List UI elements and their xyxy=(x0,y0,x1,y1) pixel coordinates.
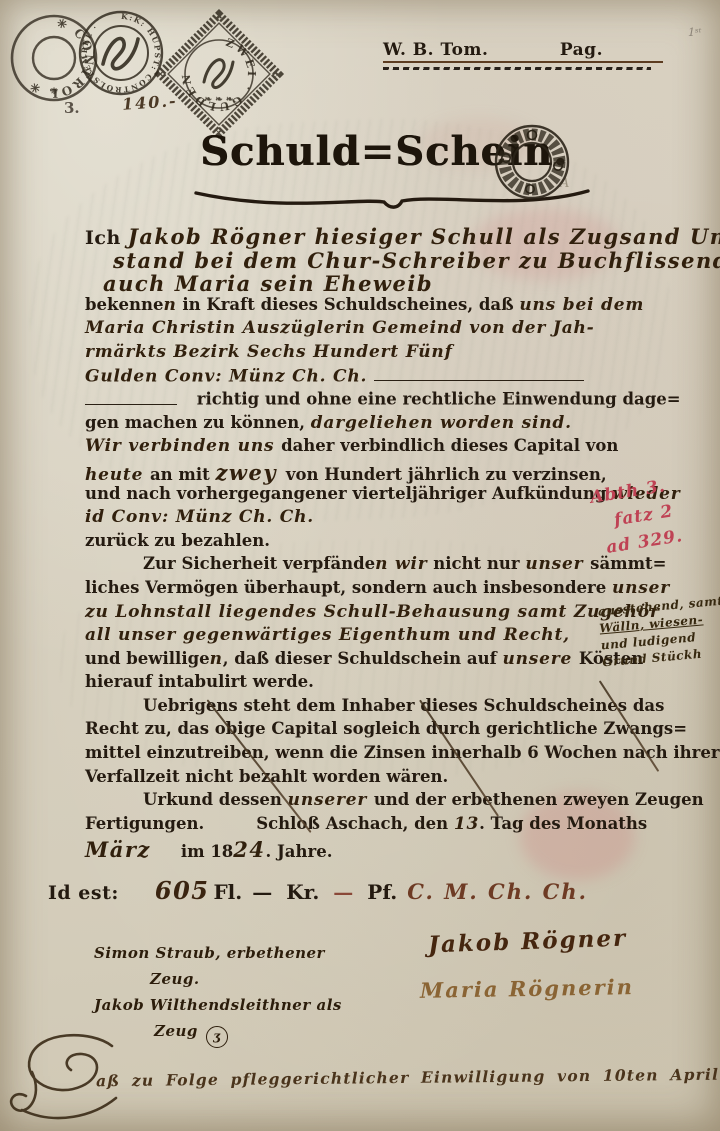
printed-text: zurück zu bezahlen. xyxy=(85,531,270,550)
body-line: all unser gegenwärtiges Eigenthum und Re… xyxy=(85,625,645,649)
body-line: Recht zu, das obige Capital sogleich dur… xyxy=(85,719,645,743)
debtor-signature: Jakob Rögner xyxy=(428,925,628,959)
handwritten-text: C. M. Ch. Ch. xyxy=(407,879,588,904)
handwritten-text: Jakob Rögner hiesiger Schull als Zugsand… xyxy=(128,224,720,249)
body-line: liches Vermögen überhaupt, sondern auch … xyxy=(85,578,645,602)
footer-text: aß zu Folge pfleggerichtlicher Einwillig… xyxy=(96,1064,720,1091)
printed-text: und der erbethenen zweyen Zeugen xyxy=(374,790,704,809)
spacer xyxy=(204,828,256,829)
handwritten-text: id Conv: Münz Ch. Ch. xyxy=(85,507,314,527)
duty-stamp-paraph xyxy=(204,60,233,88)
printed-text: liches Vermögen überhaupt, sondern auch … xyxy=(85,578,612,597)
spacer xyxy=(119,898,155,899)
witness-line: Simon Straub, erbethener xyxy=(94,940,342,966)
spacer xyxy=(85,290,103,291)
margin-annotation: ausstehend, samtWälln, wiesen-und ludige… xyxy=(597,593,720,672)
body-line: auch Maria sein Eheweib xyxy=(85,271,645,295)
handwritten-text: unser xyxy=(525,554,590,574)
printed-text: Fertigungen. xyxy=(85,814,204,833)
register-header: W. B. Tom. Pag. xyxy=(383,40,663,70)
witness-line: Jakob Wilthendsleithner als xyxy=(94,992,342,1018)
spacer xyxy=(177,404,191,405)
printed-text: an mit xyxy=(150,465,216,484)
printed-text: gen machen zu können, xyxy=(85,413,311,432)
handwritten-text: rmärkts Bezirk Sechs Hundert Fünf xyxy=(85,342,453,362)
printed-text: und bewillige xyxy=(85,649,210,668)
body-line: id Conv: Münz Ch. Ch. xyxy=(85,507,645,531)
body-line: bekennen in Kraft dieses Schuldscheines,… xyxy=(85,295,645,319)
handwritten-text: auch Maria sein Eheweib xyxy=(103,271,433,296)
handwritten-text: n xyxy=(210,649,223,669)
blank-rule xyxy=(374,366,584,381)
handwritten-text: n xyxy=(163,295,176,315)
spacer xyxy=(272,898,286,899)
body-line: stand bei dem Chur-Schreiber zu Buchflis… xyxy=(85,248,645,272)
printed-text: nicht nur xyxy=(428,554,526,573)
handwritten-text: heute xyxy=(85,465,150,485)
printed-text: hierauf intabulirt werde. xyxy=(85,672,314,691)
control-stamp-ornament: ❈ xyxy=(50,87,58,97)
docket-amount: 140.- xyxy=(121,91,178,114)
body-line: Zur Sicherheit verpfänden wir nicht nur … xyxy=(85,554,645,578)
ornamental-wreath-icon xyxy=(492,122,572,202)
body-line: Gulden Conv: Münz Ch. Ch. xyxy=(85,366,645,390)
printed-text: mittel einzutreiben, wenn die Zinsen inn… xyxy=(85,743,720,762)
red-registry-note: Abth 3.fatz 2ad 329. xyxy=(588,472,684,562)
handwritten-text: 13 xyxy=(454,814,479,834)
printed-text: . Tag des Monaths xyxy=(479,814,647,833)
printed-text: Kr. xyxy=(286,880,319,904)
printed-text: , daß dieser Schuldschein auf xyxy=(223,649,503,668)
printed-text: — xyxy=(252,880,272,904)
printed-text: Id est: xyxy=(48,882,119,904)
spacer xyxy=(151,856,181,857)
registry-confirmation-line: aß zu Folge pfleggerichtlicher Einwillig… xyxy=(96,1065,710,1090)
printed-text: Fl. xyxy=(213,880,242,904)
body-line: Urkund dessen unserer und der erbethenen… xyxy=(85,790,645,814)
spacer xyxy=(397,898,407,899)
handwritten-text: unserer xyxy=(288,790,374,810)
body-line: und bewilligen, daß dieser Schuldschein … xyxy=(85,649,645,673)
handwritten-text: dargeliehen worden sind. xyxy=(311,413,572,433)
printed-text: Recht zu, das obige Capital sogleich dur… xyxy=(85,719,687,738)
body-line: und nach vorhergegangener vierteljährige… xyxy=(85,484,645,508)
printed-text: und nach vorhergegangener vierteljährige… xyxy=(85,484,612,503)
body-line: Maria Christin Auszüglerin Gemeind von d… xyxy=(85,318,645,342)
body-line: gen machen zu können, dargeliehen worden… xyxy=(85,413,645,437)
body-line: zu Lohnstall liegendes Schull-Behausung … xyxy=(85,602,645,626)
printed-text: in Kraft dieses Schuldscheines, daß xyxy=(177,295,520,314)
body-line: Märzim 1824. Jahre. xyxy=(85,837,645,861)
document-page: ✳ CONTROL ✳ ❈ K:K: HUPST: CONTROLSTEMPEL… xyxy=(0,0,720,1131)
handwritten-text: stand bei dem Chur-Schreiber zu Buchflis… xyxy=(113,248,720,273)
dashed-rule xyxy=(383,67,651,70)
witness-paraph-seal: ʒ xyxy=(206,1026,228,1048)
handwritten-text: zu Lohnstall liegendes Schull-Behausung … xyxy=(85,602,660,622)
printed-text: Ich xyxy=(85,227,128,249)
printed-text: von Hundert jährlich zu verzinsen, xyxy=(286,465,607,484)
body-line: Wir verbinden uns daher verbindlich dies… xyxy=(85,436,645,460)
body-line: Uebrigens steht dem Inhaber dieses Schul… xyxy=(85,696,645,720)
body-line: richtig und ohne eine rechtliche Einwend… xyxy=(85,389,645,413)
printed-text: Schloß Aschach, den xyxy=(256,814,454,833)
body-line: Verfallzeit nicht bezahlt worden wären. xyxy=(85,767,645,791)
blank-rule xyxy=(85,389,177,404)
kk-stamp-paraph xyxy=(103,39,138,69)
body-line: mittel einzutreiben, wenn die Zinsen inn… xyxy=(85,743,645,767)
handwritten-text: Gulden Conv: Münz Ch. Ch. xyxy=(85,366,374,386)
printed-text: Uebrigens steht dem Inhaber dieses Schul… xyxy=(143,696,664,715)
handwritten-text: zwey xyxy=(215,460,285,485)
corner-pencil-mark: 1ˢᵗ xyxy=(688,26,701,39)
page-label: Pag. xyxy=(560,40,603,60)
docket-number: 3. xyxy=(64,99,80,117)
handwritten-text: unser xyxy=(612,578,670,598)
debtor-signature: Maria Rögnerin xyxy=(420,974,634,1003)
handwritten-text: n wir xyxy=(375,554,427,574)
body-line: Fertigungen.Schloß Aschach, den 13. Tag … xyxy=(85,814,645,838)
register-label: W. B. Tom. xyxy=(383,40,488,60)
printed-text: richtig und ohne eine rechtliche Einwend… xyxy=(191,390,681,409)
body-line: rmärkts Bezirk Sechs Hundert Fünf xyxy=(85,342,645,366)
body-text: Ich Jakob Rögner hiesiger Schull als Zug… xyxy=(85,224,645,861)
body-line: hierauf intabulirt werde. xyxy=(85,672,645,696)
amount-line: Id est:605Fl.—Kr.—Pf.C. M. Ch. Ch. xyxy=(48,876,668,905)
spacer xyxy=(242,898,252,899)
handwritten-text: 24 xyxy=(233,837,265,862)
handwritten-text: unsere xyxy=(502,649,578,669)
duty-stamp-laurel: ❧ ❧ ❧ xyxy=(205,95,234,105)
handwritten-text: Maria Christin Auszüglerin Gemeind von d… xyxy=(85,318,595,338)
spacer xyxy=(85,267,113,268)
handwritten-text: 605 xyxy=(155,876,210,905)
witness-line: Zeugʒ xyxy=(154,1018,342,1048)
duty-stamp-icon: ZWEI · GULDEN ❧ ❧ ❧ xyxy=(146,6,292,146)
printed-text: . Jahre. xyxy=(266,842,333,861)
body-line: zurück zu bezahlen. xyxy=(85,531,645,555)
printed-text: bekenne xyxy=(85,295,163,314)
handwritten-text: März xyxy=(85,837,151,862)
handwritten-text: Wir verbinden uns xyxy=(85,436,281,456)
printed-text: im 18 xyxy=(181,842,233,861)
printed-text: Zur Sicherheit verpfände xyxy=(143,554,375,573)
handwritten-text: uns bei dem xyxy=(519,295,644,315)
spacer xyxy=(353,898,367,899)
printed-text: Pf. xyxy=(367,880,397,904)
handwritten-text: all unser gegenwärtiges Eigenthum und Re… xyxy=(85,625,570,645)
printed-text: Urkund dessen xyxy=(143,790,288,809)
spacer xyxy=(319,898,333,899)
body-line: Ich Jakob Rögner hiesiger Schull als Zug… xyxy=(85,224,645,248)
printed-text: daher verbindlich dieses Capital von xyxy=(281,436,618,455)
body-line: heute an mit zwey von Hundert jährlich z… xyxy=(85,460,645,484)
printed-text: — xyxy=(333,880,353,904)
witness-line: Zeug. xyxy=(150,966,342,992)
